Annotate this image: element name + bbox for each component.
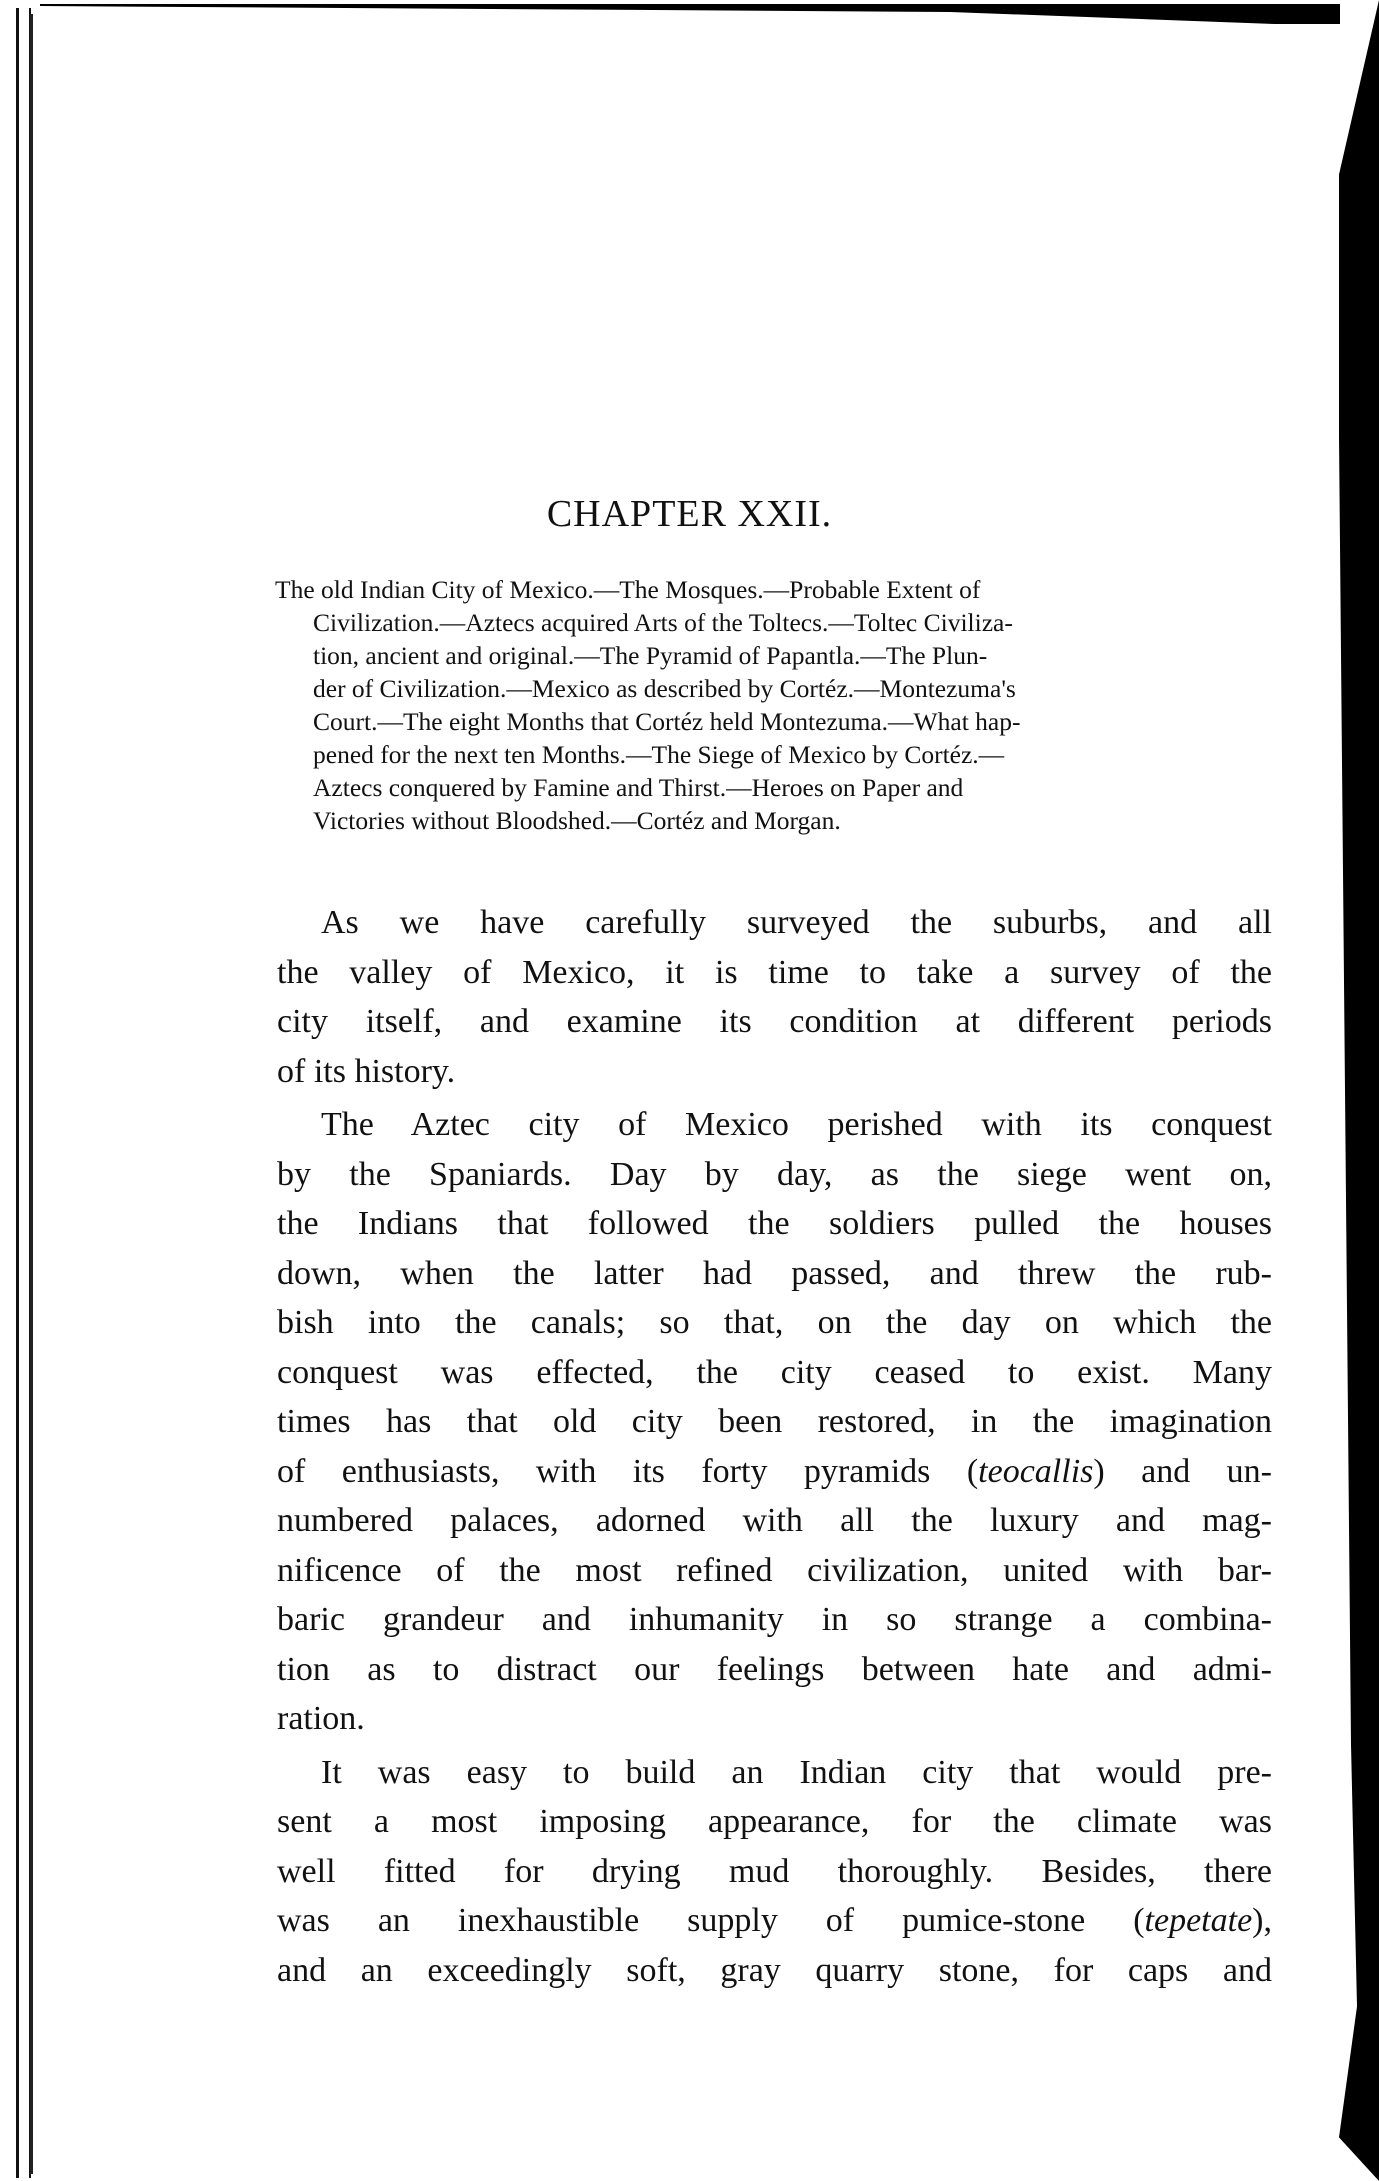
body-line: nificence of the most refined civilizati… (277, 1546, 1272, 1596)
body-line: As we have carefully surveyed the suburb… (277, 898, 1272, 948)
chapter-heading: CHAPTER XXII. (0, 492, 1379, 536)
body-line: sent a most imposing appearance, for the… (277, 1797, 1272, 1847)
body-line: of its history. (277, 1047, 1272, 1097)
body-line: the valley of Mexico, it is time to take… (277, 948, 1272, 998)
body-text: As we have carefully surveyed the suburb… (277, 898, 1272, 1995)
summary-line: tion, ancient and original.—The Pyramid … (275, 639, 1275, 672)
body-line: and an exceedingly soft, gray quarry sto… (277, 1946, 1272, 1996)
summary-line: der of Civilization.—Mexico as described… (275, 672, 1275, 705)
scanned-book-page: CHAPTER XXII. The old Indian City of Mex… (0, 0, 1379, 2181)
page-left-binding-edge (16, 8, 31, 2178)
body-line: The Aztec city of Mexico perished with i… (277, 1100, 1272, 1150)
summary-line: pened for the next ten Months.—The Siege… (275, 738, 1275, 771)
body-line: the Indians that followed the soldiers p… (277, 1199, 1272, 1249)
page-left-shadow-line (30, 14, 33, 2174)
body-line: city itself, and examine its condition a… (277, 997, 1272, 1047)
page-right-shadow (1339, 0, 1379, 2181)
body-line: It was easy to build an Indian city that… (277, 1748, 1272, 1798)
chapter-summary: The old Indian City of Mexico.—The Mosqu… (275, 573, 1275, 837)
summary-line: Aztecs conquered by Famine and Thirst.—H… (275, 771, 1275, 804)
body-line: down, when the latter had passed, and th… (277, 1249, 1272, 1299)
paragraph-2: The Aztec city of Mexico perished with i… (277, 1100, 1272, 1744)
page-top-shadow (40, 4, 1340, 24)
paragraph-1: As we have carefully surveyed the suburb… (277, 898, 1272, 1096)
body-line: tion as to distract our feelings between… (277, 1645, 1272, 1695)
body-line: numbered palaces, adorned with all the l… (277, 1496, 1272, 1546)
body-line: ration. (277, 1694, 1272, 1744)
body-line: of enthusiasts, with its forty pyramids … (277, 1447, 1272, 1497)
body-line: times has that old city been restored, i… (277, 1397, 1272, 1447)
summary-line: Court.—The eight Months that Cortéz held… (275, 705, 1275, 738)
summary-line: Victories without Bloodshed.—Cortéz and … (275, 804, 1275, 837)
body-line: bish into the canals; so that, on the da… (277, 1298, 1272, 1348)
summary-line: Civilization.—Aztecs acquired Arts of th… (275, 606, 1275, 639)
italic-term: teocallis (978, 1453, 1093, 1490)
body-line: baric grandeur and inhumanity in so stra… (277, 1595, 1272, 1645)
body-line: by the Spaniards. Day by day, as the sie… (277, 1150, 1272, 1200)
italic-term: tepetate (1145, 1902, 1253, 1939)
body-line: well fitted for drying mud thoroughly. B… (277, 1847, 1272, 1897)
body-line: was an inexhaustible supply of pumice-st… (277, 1896, 1272, 1946)
body-line: conquest was effected, the city ceased t… (277, 1348, 1272, 1398)
summary-line: The old Indian City of Mexico.—The Mosqu… (275, 573, 1275, 606)
paragraph-3: It was easy to build an Indian city that… (277, 1748, 1272, 1996)
